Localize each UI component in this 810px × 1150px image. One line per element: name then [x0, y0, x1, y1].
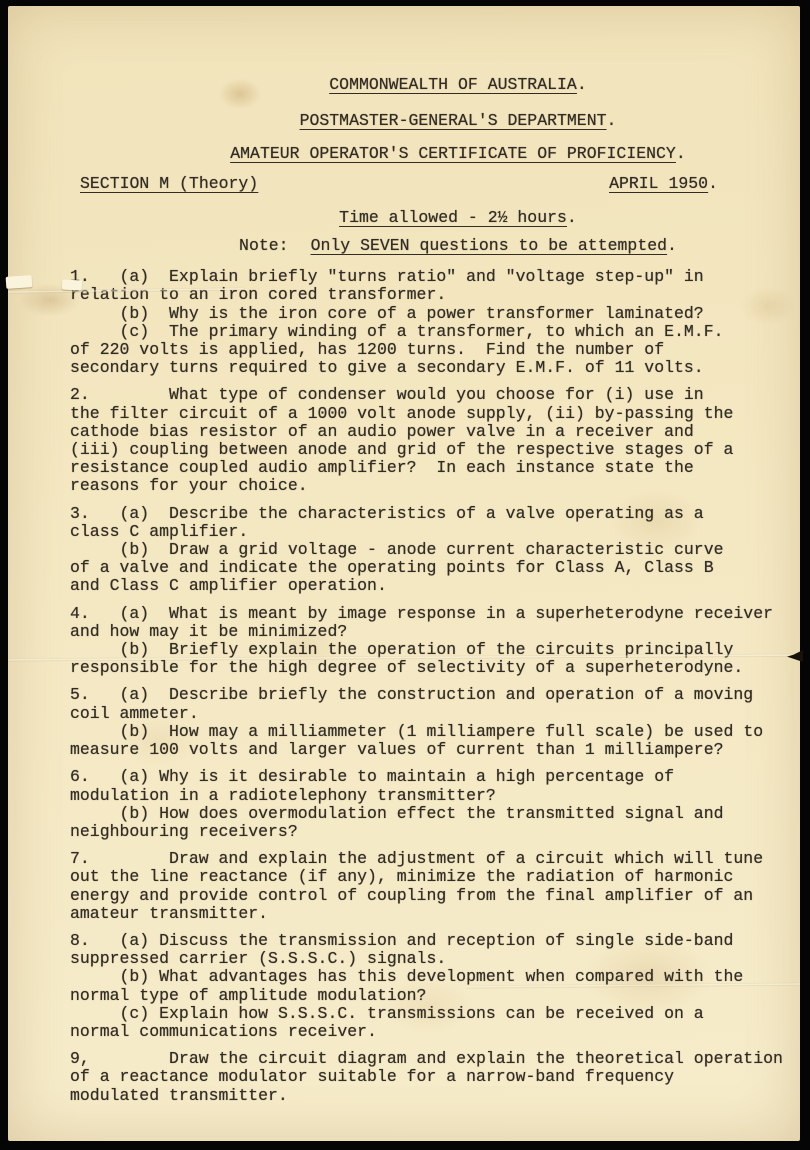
time-period: . [567, 208, 577, 227]
question-7: 7. Draw and explain the adjustment of a … [70, 850, 786, 923]
certificate-line: AMATEUR OPERATOR'S CERTIFICATE OF PROFIC… [130, 145, 786, 163]
paper-tear-right-edge [787, 650, 803, 662]
department-title: POSTMASTER-GENERAL'S DEPARTMENT [300, 111, 607, 130]
note-label: Note: [239, 236, 289, 255]
paper-chip-left-edge-2 [62, 279, 82, 290]
question-5: 5. (a) Describe briefly the construction… [70, 686, 786, 759]
question-1: 1. (a) Explain briefly "turns ratio" and… [70, 268, 786, 377]
note-line: Note:Only SEVEN questions to be attempte… [130, 237, 786, 255]
time-allowed-text: Time allowed - 2½ hours [339, 208, 567, 227]
instructions: Time allowed - 2½ hours. Note:Only SEVEN… [130, 209, 786, 255]
question-3: 3. (a) Describe the characteristics of a… [70, 505, 786, 596]
title-line: COMMONWEALTH OF AUSTRALIA. [130, 76, 786, 94]
question-list: 1. (a) Explain briefly "turns ratio" and… [70, 268, 786, 1105]
date-period: . [708, 174, 718, 193]
header: COMMONWEALTH OF AUSTRALIA. POSTMASTER-GE… [130, 76, 786, 164]
department-period: . [607, 111, 617, 130]
question-4: 4. (a) What is meant by image response i… [70, 605, 786, 678]
section-date-row: SECTION M (Theory) APRIL 1950. [80, 175, 786, 193]
exam-paper-scan: COMMONWEALTH OF AUSTRALIA. POSTMASTER-GE… [8, 6, 800, 1141]
exam-date-text: APRIL 1950 [609, 174, 708, 193]
note-text: Only SEVEN questions to be attempted [311, 236, 667, 255]
certificate-period: . [676, 144, 686, 163]
paper-chip-left-edge [6, 275, 33, 289]
title-period: . [577, 75, 587, 94]
section-label: SECTION M (Theory) [80, 175, 258, 193]
note-period: . [667, 236, 677, 255]
question-2: 2. What type of condenser would you choo… [70, 386, 786, 495]
question-8: 8. (a) Discuss the transmission and rece… [70, 932, 786, 1041]
time-allowed-line: Time allowed - 2½ hours. [130, 209, 786, 227]
exam-date: APRIL 1950. [609, 175, 718, 193]
department-line: POSTMASTER-GENERAL'S DEPARTMENT. [130, 112, 786, 130]
question-6: 6. (a) Why is it desirable to maintain a… [70, 768, 786, 841]
page-title: COMMONWEALTH OF AUSTRALIA [329, 75, 577, 94]
certificate-title: AMATEUR OPERATOR'S CERTIFICATE OF PROFIC… [230, 144, 676, 163]
question-9: 9, Draw the circuit diagram and explain … [70, 1050, 786, 1105]
